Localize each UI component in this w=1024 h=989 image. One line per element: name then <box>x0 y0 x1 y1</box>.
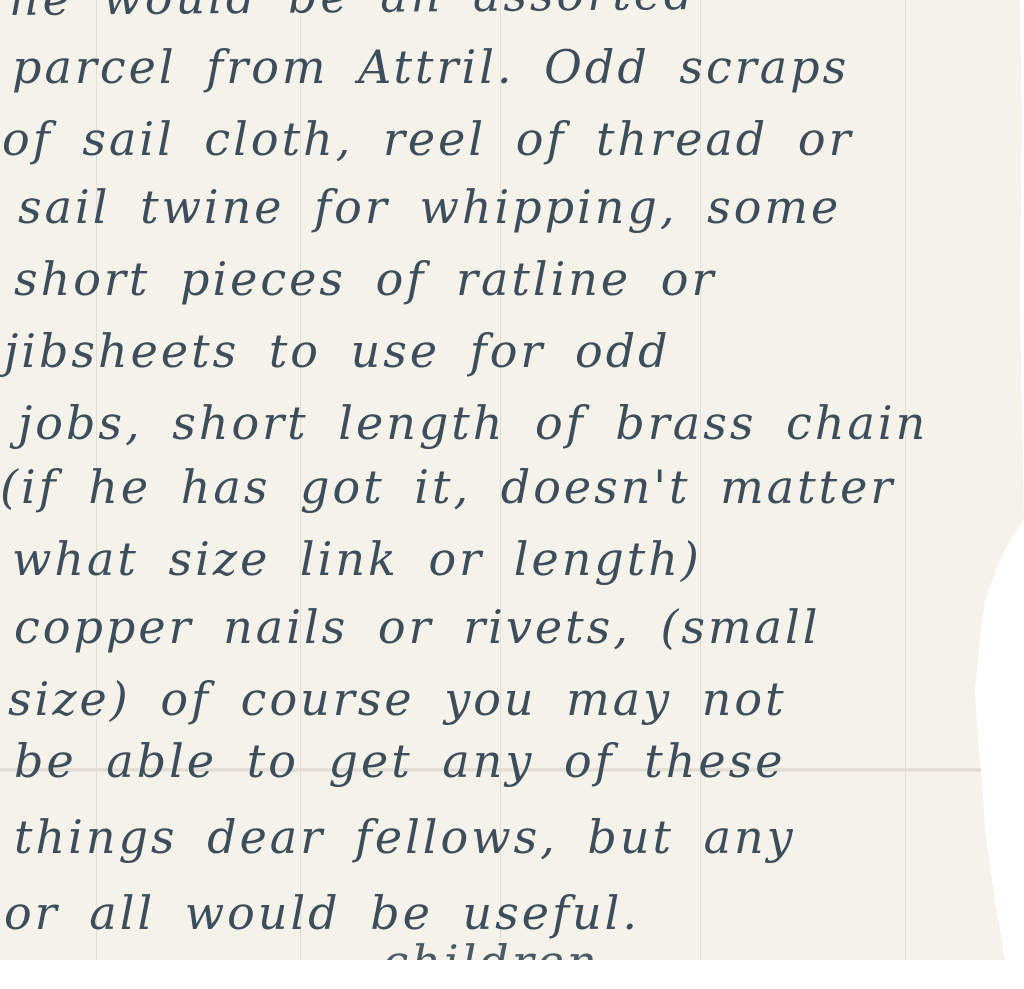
letter-sheet: he would be an assorted parcel from Attr… <box>0 0 1024 960</box>
handwritten-line: what size link or length) <box>12 532 702 586</box>
handwritten-line: or all would be useful. <box>4 886 640 940</box>
ruling-line <box>905 0 906 960</box>
handwritten-line: jibsheets to use for odd <box>4 324 671 378</box>
handwritten-line: copper nails or rivets, (small <box>14 600 820 654</box>
handwritten-line: parcel from Attril. Odd scraps <box>12 40 849 94</box>
handwritten-line-partial: ... children <box>300 935 600 960</box>
handwritten-line: sail twine for whipping, some <box>18 180 841 234</box>
handwritten-line: (if he has got it, doesn't matter <box>0 460 895 514</box>
handwritten-line: things dear fellows, but any <box>14 810 796 864</box>
handwritten-line: short pieces of ratline or <box>14 252 716 306</box>
handwritten-line: be able to get any of these <box>14 734 785 788</box>
handwritten-line: jobs, short length of brass chain <box>18 396 928 450</box>
handwritten-line: of sail cloth, reel of thread or <box>2 112 854 166</box>
scanned-page: he would be an assorted parcel from Attr… <box>0 0 1024 960</box>
handwritten-line: size) of course you may not <box>8 672 787 726</box>
handwritten-line: he would be an assorted <box>10 0 697 26</box>
